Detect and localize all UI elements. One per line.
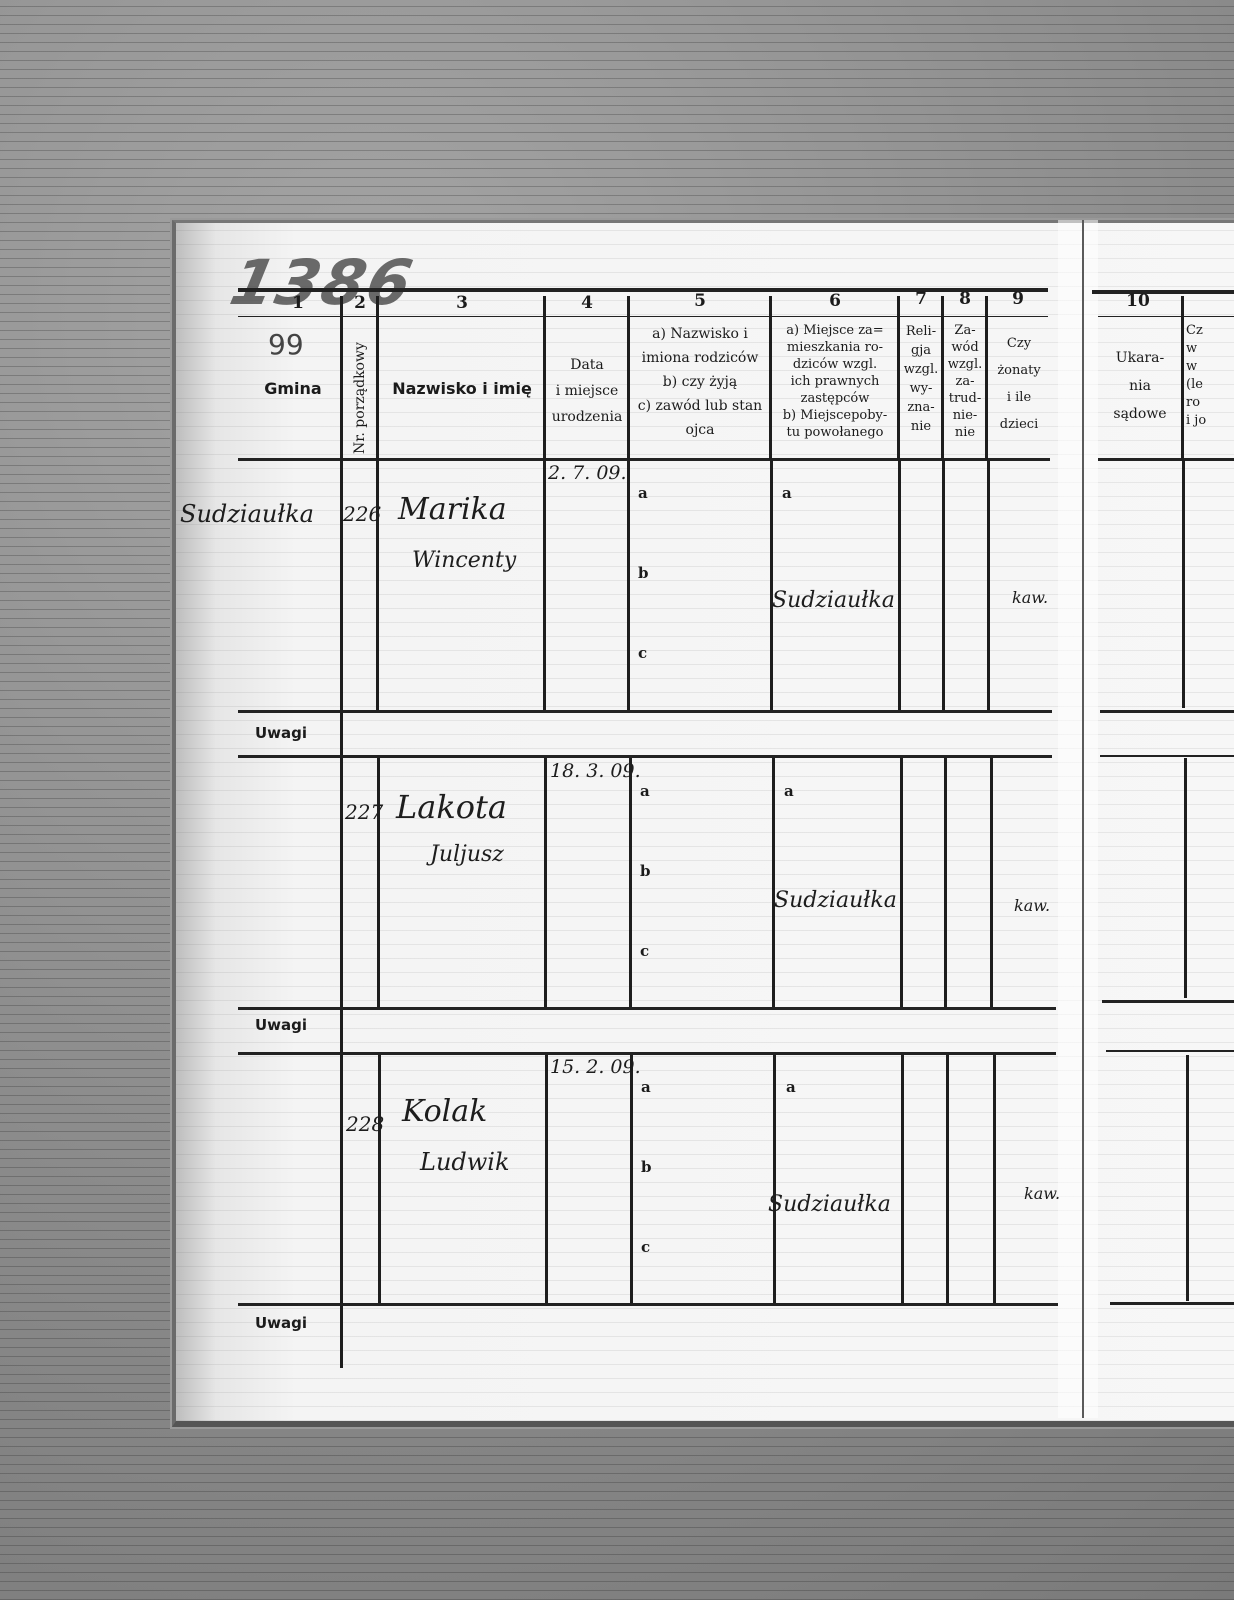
col-divider xyxy=(770,460,773,710)
header-line: nie- xyxy=(944,407,986,424)
col-divider xyxy=(1184,758,1187,998)
col-num-9: 9 xyxy=(988,290,1048,309)
col-divider xyxy=(544,758,547,1008)
entry-3-sub-a: a xyxy=(641,1078,651,1096)
entry-1-married: kaw. xyxy=(1012,588,1048,607)
col-divider xyxy=(901,1055,904,1305)
col-header-nr: Nr. porządkowy xyxy=(352,342,368,454)
remarks-bottom-rule xyxy=(238,755,1052,758)
header-line: dziców wzgl. xyxy=(772,356,898,373)
header-line: mieszkania ro- xyxy=(772,339,898,356)
entry-1-surname: Marika xyxy=(398,492,507,527)
header-line: Czy xyxy=(988,330,1050,357)
header-line: wy- xyxy=(900,379,942,398)
entry-2-sub-b: b xyxy=(640,862,651,880)
col-num-2: 2 xyxy=(343,294,377,313)
col-num-1: 1 xyxy=(258,294,338,313)
col-divider xyxy=(942,460,945,710)
col-header-residence: a) Miejsce za= mieszkania ro- dziców wzg… xyxy=(772,322,898,441)
header-line: dzieci xyxy=(988,411,1050,438)
header-line: (le xyxy=(1186,376,1234,394)
remarks-bottom-rule-right xyxy=(1100,755,1234,757)
col-divider xyxy=(987,460,990,710)
header-bottom-rule-right xyxy=(1098,458,1234,461)
header-line: imiona rodziców xyxy=(630,346,770,370)
col-divider xyxy=(993,1055,996,1305)
header-line: i ile xyxy=(988,384,1050,411)
header-line: zastępców xyxy=(772,390,898,407)
col-header-convictions: Ukara- nia sądowe xyxy=(1098,344,1182,428)
col-divider xyxy=(769,296,772,460)
col-divider xyxy=(946,1055,949,1305)
col-divider xyxy=(941,296,944,460)
col-divider xyxy=(545,1055,548,1305)
header-line: Ukara- xyxy=(1098,344,1182,372)
header-line: i jo xyxy=(1186,412,1234,430)
header-line: nia xyxy=(1098,372,1182,400)
header-line: b) czy żyją xyxy=(630,370,770,394)
header-line: a) Nazwisko i xyxy=(630,322,770,346)
header-line: wzgl. xyxy=(944,356,986,373)
col-num-4: 4 xyxy=(546,294,628,313)
header-line: i miejsce xyxy=(546,378,628,404)
header-line: c) zawód lub stan xyxy=(630,394,770,418)
entry-3-residence: Sudziaułka xyxy=(768,1192,891,1217)
header-line: wzgl. xyxy=(900,360,942,379)
col-divider xyxy=(944,758,947,1008)
entry-1-sub-a: a xyxy=(638,484,648,502)
entry-2-sub-c: c xyxy=(640,942,649,960)
col-num-5: 5 xyxy=(630,292,770,311)
header-line: Data xyxy=(546,352,628,378)
header-line: ojca xyxy=(630,418,770,442)
entry-2-remarks-label: Uwagi xyxy=(255,1016,307,1034)
col-divider xyxy=(377,758,380,1008)
header-line: Za- xyxy=(944,322,986,339)
col-num-8: 8 xyxy=(944,290,986,309)
col-divider xyxy=(543,460,546,710)
colnum-rule xyxy=(238,316,1048,317)
entry-1-nr: 226 xyxy=(343,502,381,526)
entry-2-married: kaw. xyxy=(1014,896,1050,915)
entry-3-res-sub-a: a xyxy=(786,1078,796,1096)
entry-3-sub-b: b xyxy=(641,1158,652,1176)
entry-3-birth-date: 15. 2. 09. xyxy=(550,1056,641,1078)
col-num-3: 3 xyxy=(380,294,544,313)
col-divider xyxy=(898,460,901,710)
entry-2-sub-a: a xyxy=(640,782,650,800)
col-header-name: Nazwisko i imię xyxy=(380,380,544,398)
col-divider xyxy=(627,296,630,460)
col-header-parents: a) Nazwisko i imiona rodziców b) czy żyj… xyxy=(630,322,770,442)
header-line: urodzenia xyxy=(546,404,628,430)
col-divider xyxy=(627,460,630,710)
col-divider xyxy=(773,1055,776,1305)
col-divider xyxy=(1186,1055,1189,1301)
col-divider xyxy=(985,296,988,460)
col-num-10: 10 xyxy=(1098,292,1178,311)
entry-3-married: kaw. xyxy=(1024,1184,1060,1203)
header-line: ich prawnych xyxy=(772,373,898,390)
header-line: za- xyxy=(944,373,986,390)
entry-3-surname: Kolak xyxy=(402,1094,487,1129)
entry-1-sub-c: c xyxy=(638,644,647,662)
col-header-gmina: Gmina xyxy=(248,380,338,398)
entry-2-residence: Sudziaułka xyxy=(774,888,897,913)
col-divider xyxy=(990,758,993,1008)
entry-bottom-rule-right xyxy=(1110,1302,1234,1305)
remarks-divider xyxy=(340,1306,343,1368)
header-line: ro xyxy=(1186,394,1234,412)
header-line: Reli- xyxy=(900,322,942,341)
header-line: sądowe xyxy=(1098,400,1182,428)
entry-1-given-name: Wincenty xyxy=(412,548,516,573)
book-gutter xyxy=(1058,220,1098,1418)
col-divider xyxy=(772,758,775,1008)
header-line: zna- xyxy=(900,398,942,417)
header-line: nie xyxy=(900,417,942,436)
col-divider xyxy=(630,1055,633,1305)
col-divider xyxy=(629,758,632,1008)
entry-bottom-rule xyxy=(238,710,1052,713)
header-line: gja xyxy=(900,341,942,360)
col-header-married: Czy żonaty i ile dzieci xyxy=(988,330,1050,438)
header-line: wód xyxy=(944,339,986,356)
col-divider xyxy=(897,296,900,460)
header-line: w xyxy=(1186,340,1234,358)
remarks-divider xyxy=(340,714,343,756)
entry-2-birth-date: 18. 3. 09. xyxy=(550,760,641,782)
col-header-birth: Data i miejsce urodzenia xyxy=(546,352,628,430)
entry-1-remarks-label: Uwagi xyxy=(255,724,307,742)
col-divider xyxy=(1182,460,1185,708)
entry-3-remarks-label: Uwagi xyxy=(255,1314,307,1332)
entry-1-residence: Sudziaułka xyxy=(772,588,895,613)
col-divider xyxy=(1181,296,1184,460)
col-divider xyxy=(376,460,379,710)
book-fold xyxy=(1082,220,1084,1418)
entry-1-birth-date: 2. 7. 09. xyxy=(548,462,627,484)
remarks-bottom-rule-right xyxy=(1106,1050,1234,1052)
colnum-rule-right xyxy=(1098,316,1234,317)
entry-1-sub-b: b xyxy=(638,564,649,582)
header-line: b) Miejscepoby- xyxy=(772,407,898,424)
entry-3-nr: 228 xyxy=(346,1112,384,1136)
pencil-note: 99 xyxy=(268,328,304,361)
col-header-religion: Reli- gja wzgl. wy- zna- nie xyxy=(900,322,942,436)
col-num-6: 6 xyxy=(772,292,898,311)
header-line: trud- xyxy=(944,390,986,407)
header-bottom-rule xyxy=(238,458,1050,461)
entry-2-given-name: Juljusz xyxy=(430,842,504,867)
entry-3-given-name: Ludwik xyxy=(420,1148,510,1176)
col-divider xyxy=(900,758,903,1008)
col-header-11-partial: Cz w w (le ro i jo xyxy=(1186,322,1234,430)
col-num-7: 7 xyxy=(900,290,942,309)
remarks-bottom-rule xyxy=(238,1052,1056,1055)
col-header-occupation: Za- wód wzgl. za- trud- nie- nie xyxy=(944,322,986,441)
header-line: tu powołanego xyxy=(772,424,898,441)
entry-3-sub-c: c xyxy=(641,1238,650,1256)
entry-2-nr: 227 xyxy=(345,800,383,824)
entry-bottom-rule xyxy=(238,1007,1056,1010)
entry-1-gmina: Sudziaułka xyxy=(180,500,314,528)
entry-1-res-sub-a: a xyxy=(782,484,792,502)
entry-bottom-rule xyxy=(238,1303,1058,1306)
col-divider xyxy=(543,296,546,460)
entry-2-res-sub-a: a xyxy=(784,782,794,800)
col-divider xyxy=(376,296,379,460)
entry-2-surname: Lakota xyxy=(396,788,507,826)
entry-bottom-rule-right xyxy=(1100,710,1234,713)
header-line: w xyxy=(1186,358,1234,376)
col-divider xyxy=(378,1055,381,1305)
entry-bottom-rule-right xyxy=(1102,1000,1234,1003)
col-divider xyxy=(340,296,343,1366)
header-line: żonaty xyxy=(988,357,1050,384)
header-line: Cz xyxy=(1186,322,1234,340)
header-line: a) Miejsce za= xyxy=(772,322,898,339)
header-line: nie xyxy=(944,424,986,441)
